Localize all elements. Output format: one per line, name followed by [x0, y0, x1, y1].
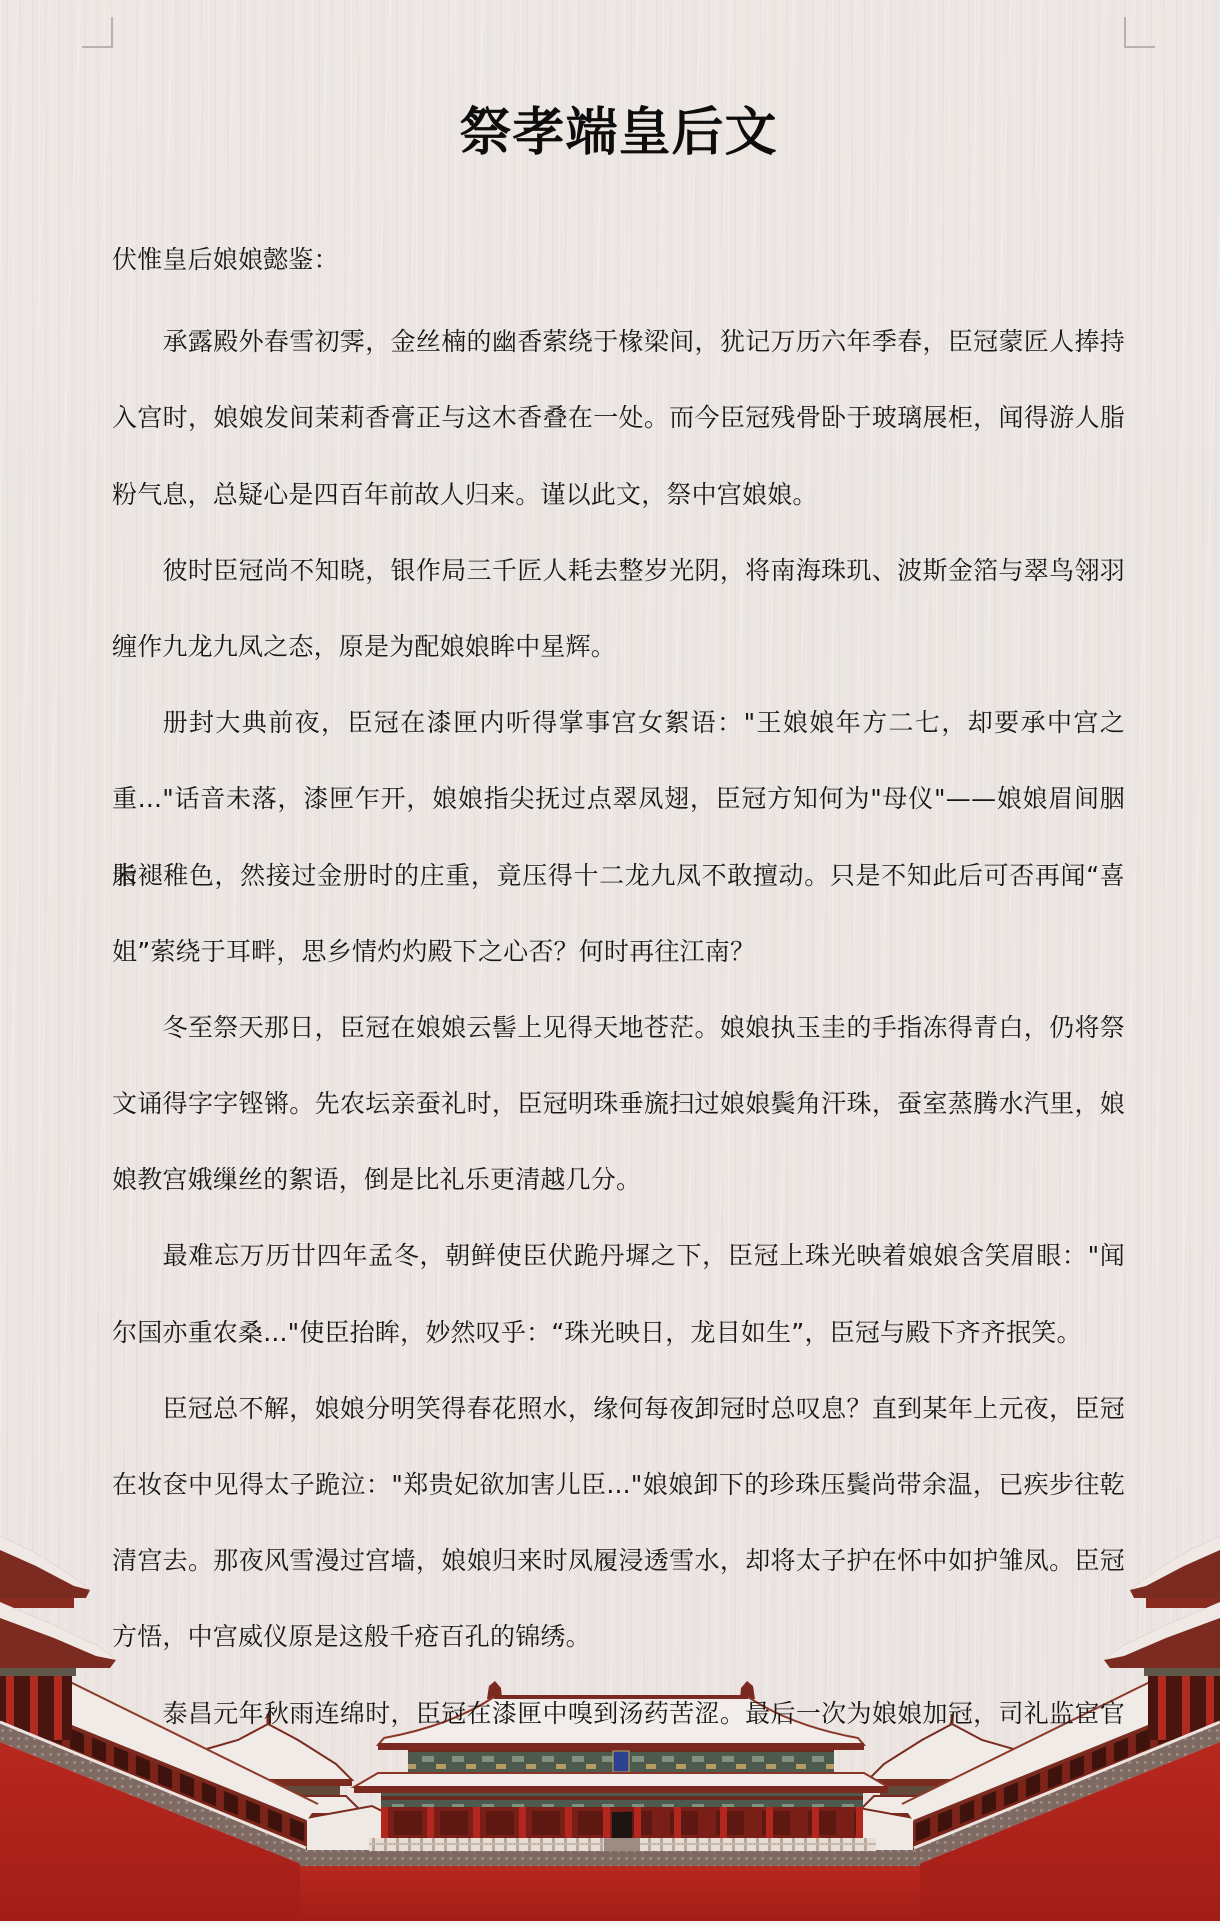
center-wall-top: [300, 1850, 920, 1866]
text-line: 娘教宫娥缫丝的絮语，倒是比礼乐更清越几分。: [112, 1142, 1125, 1218]
center-red-wall: [300, 1866, 920, 1924]
text-line: 未褪稚色，然接过金册时的庄重，竟压得十二龙九凤不敢擅动。只是不知此后可否再闻“喜: [112, 838, 1125, 914]
paragraph: 册封大典前夜，臣冠在漆匣内听得掌事宫女絮语："王娘娘年方二七，却要承中宫之 重.…: [112, 685, 1125, 990]
central-door: [612, 1812, 632, 1838]
salutation: 伏惟皇后娘娘懿鉴：: [112, 222, 1125, 298]
text-line: 泰昌元年秋雨连绵时，臣冠在漆匣中嗅到汤药苦涩。最后一次为娘娘加冠，司礼监宦官: [112, 1676, 1125, 1752]
text-line: 重..."话音未落，漆匣乍开，娘娘指尖抚过点翠凤翅，臣冠方知何为"母仪"——娘娘…: [112, 761, 1125, 837]
paragraph: 冬至祭天那日，臣冠在娘娘云髻上见得天地苍茫。娘娘执玉圭的手指冻得青白，仍将祭 文…: [112, 990, 1125, 1219]
text-line: 臣冠总不解，娘娘分明笑得春花照水，缘何每夜卸冠时总叹息？直到某年上元夜，臣冠: [112, 1371, 1125, 1447]
document-body: 伏惟皇后娘娘懿鉴： 承露殿外春雪初霁，金丝楠的幽香萦绕于椽梁间，犹记万历六年季春…: [112, 222, 1125, 1752]
text-line: 最难忘万历廿四年孟冬，朝鲜使臣伏跪丹墀之下，臣冠上珠光映着娘娘含笑眉眼："闻: [112, 1218, 1125, 1294]
text-line: 冬至祭天那日，臣冠在娘娘云髻上见得天地苍茫。娘娘执玉圭的手指冻得青白，仍将祭: [112, 990, 1125, 1066]
text-line: 姐”萦绕于耳畔，思乡情灼灼殿下之心否？何时再往江南？: [112, 914, 1125, 990]
text-line: 粉气息，总疑心是四百年前故人归来。谨以此文，祭中宫娘娘。: [112, 457, 1125, 533]
text-line: 入宫时，娘娘发间茉莉香膏正与这木香叠在一处。而今臣冠残骨卧于玻璃展柜，闻得游人脂: [112, 380, 1125, 456]
paragraph: 彼时臣冠尚不知晓，银作局三千匠人耗去整岁光阴，将南海珠玑、波斯金箔与翠鸟翎羽 缠…: [112, 533, 1125, 685]
text-line: 缠作九龙九凤之态，原是为配娘娘眸中星辉。: [112, 609, 1125, 685]
document-title: 祭孝端皇后文: [112, 103, 1125, 163]
top-left-crop-mark: [82, 17, 113, 48]
text-line: 方悟，中宫威仪原是这般千疮百孔的锦绣。: [112, 1599, 1125, 1675]
paragraph: 臣冠总不解，娘娘分明笑得春花照水，缘何每夜卸冠时总叹息？直到某年上元夜，臣冠 在…: [112, 1371, 1125, 1676]
top-right-crop-mark: [1124, 17, 1155, 48]
paragraph: 承露殿外春雪初霁，金丝楠的幽香萦绕于椽梁间，犹记万历六年季春，臣冠蒙匠人捧持 入…: [112, 304, 1125, 533]
text-line: 册封大典前夜，臣冠在漆匣内听得掌事宫女絮语："王娘娘年方二七，却要承中宫之: [112, 685, 1125, 761]
paragraph: 最难忘万历廿四年孟冬，朝鲜使臣伏跪丹墀之下，臣冠上珠光映着娘娘含笑眉眼："闻 尔…: [112, 1218, 1125, 1370]
text-line: 文诵得字字铿锵。先农坛亲蚕礼时，臣冠明珠垂旒扫过娘娘鬓角汗珠，蚕室蒸腾水汽里，娘: [112, 1066, 1125, 1142]
text-line: 承露殿外春雪初霁，金丝楠的幽香萦绕于椽梁间，犹记万历六年季春，臣冠蒙匠人捧持: [112, 304, 1125, 380]
text-line: 清宫去。那夜风雪漫过宫墙，娘娘归来时凤履浸透雪水，却将太子护在怀中如护雏凤。臣冠: [112, 1523, 1125, 1599]
text-line: 尔国亦重农桑..."使臣抬眸，妙然叹乎：“珠光映日，龙目如生”，臣冠与殿下齐齐抿…: [112, 1295, 1125, 1371]
text-line: 在妆奁中见得太子跪泣："郑贵妃欲加害儿臣..."娘娘卸下的珍珠压鬓尚带余温，已疾…: [112, 1447, 1125, 1523]
text-line: 彼时臣冠尚不知晓，银作局三千匠人耗去整岁光阴，将南海珠玑、波斯金箔与翠鸟翎羽: [112, 533, 1125, 609]
paragraph: 泰昌元年秋雨连绵时，臣冠在漆匣中嗅到汤药苦涩。最后一次为娘娘加冠，司礼监宦官: [112, 1676, 1125, 1752]
blue-plaque: [613, 1751, 629, 1772]
